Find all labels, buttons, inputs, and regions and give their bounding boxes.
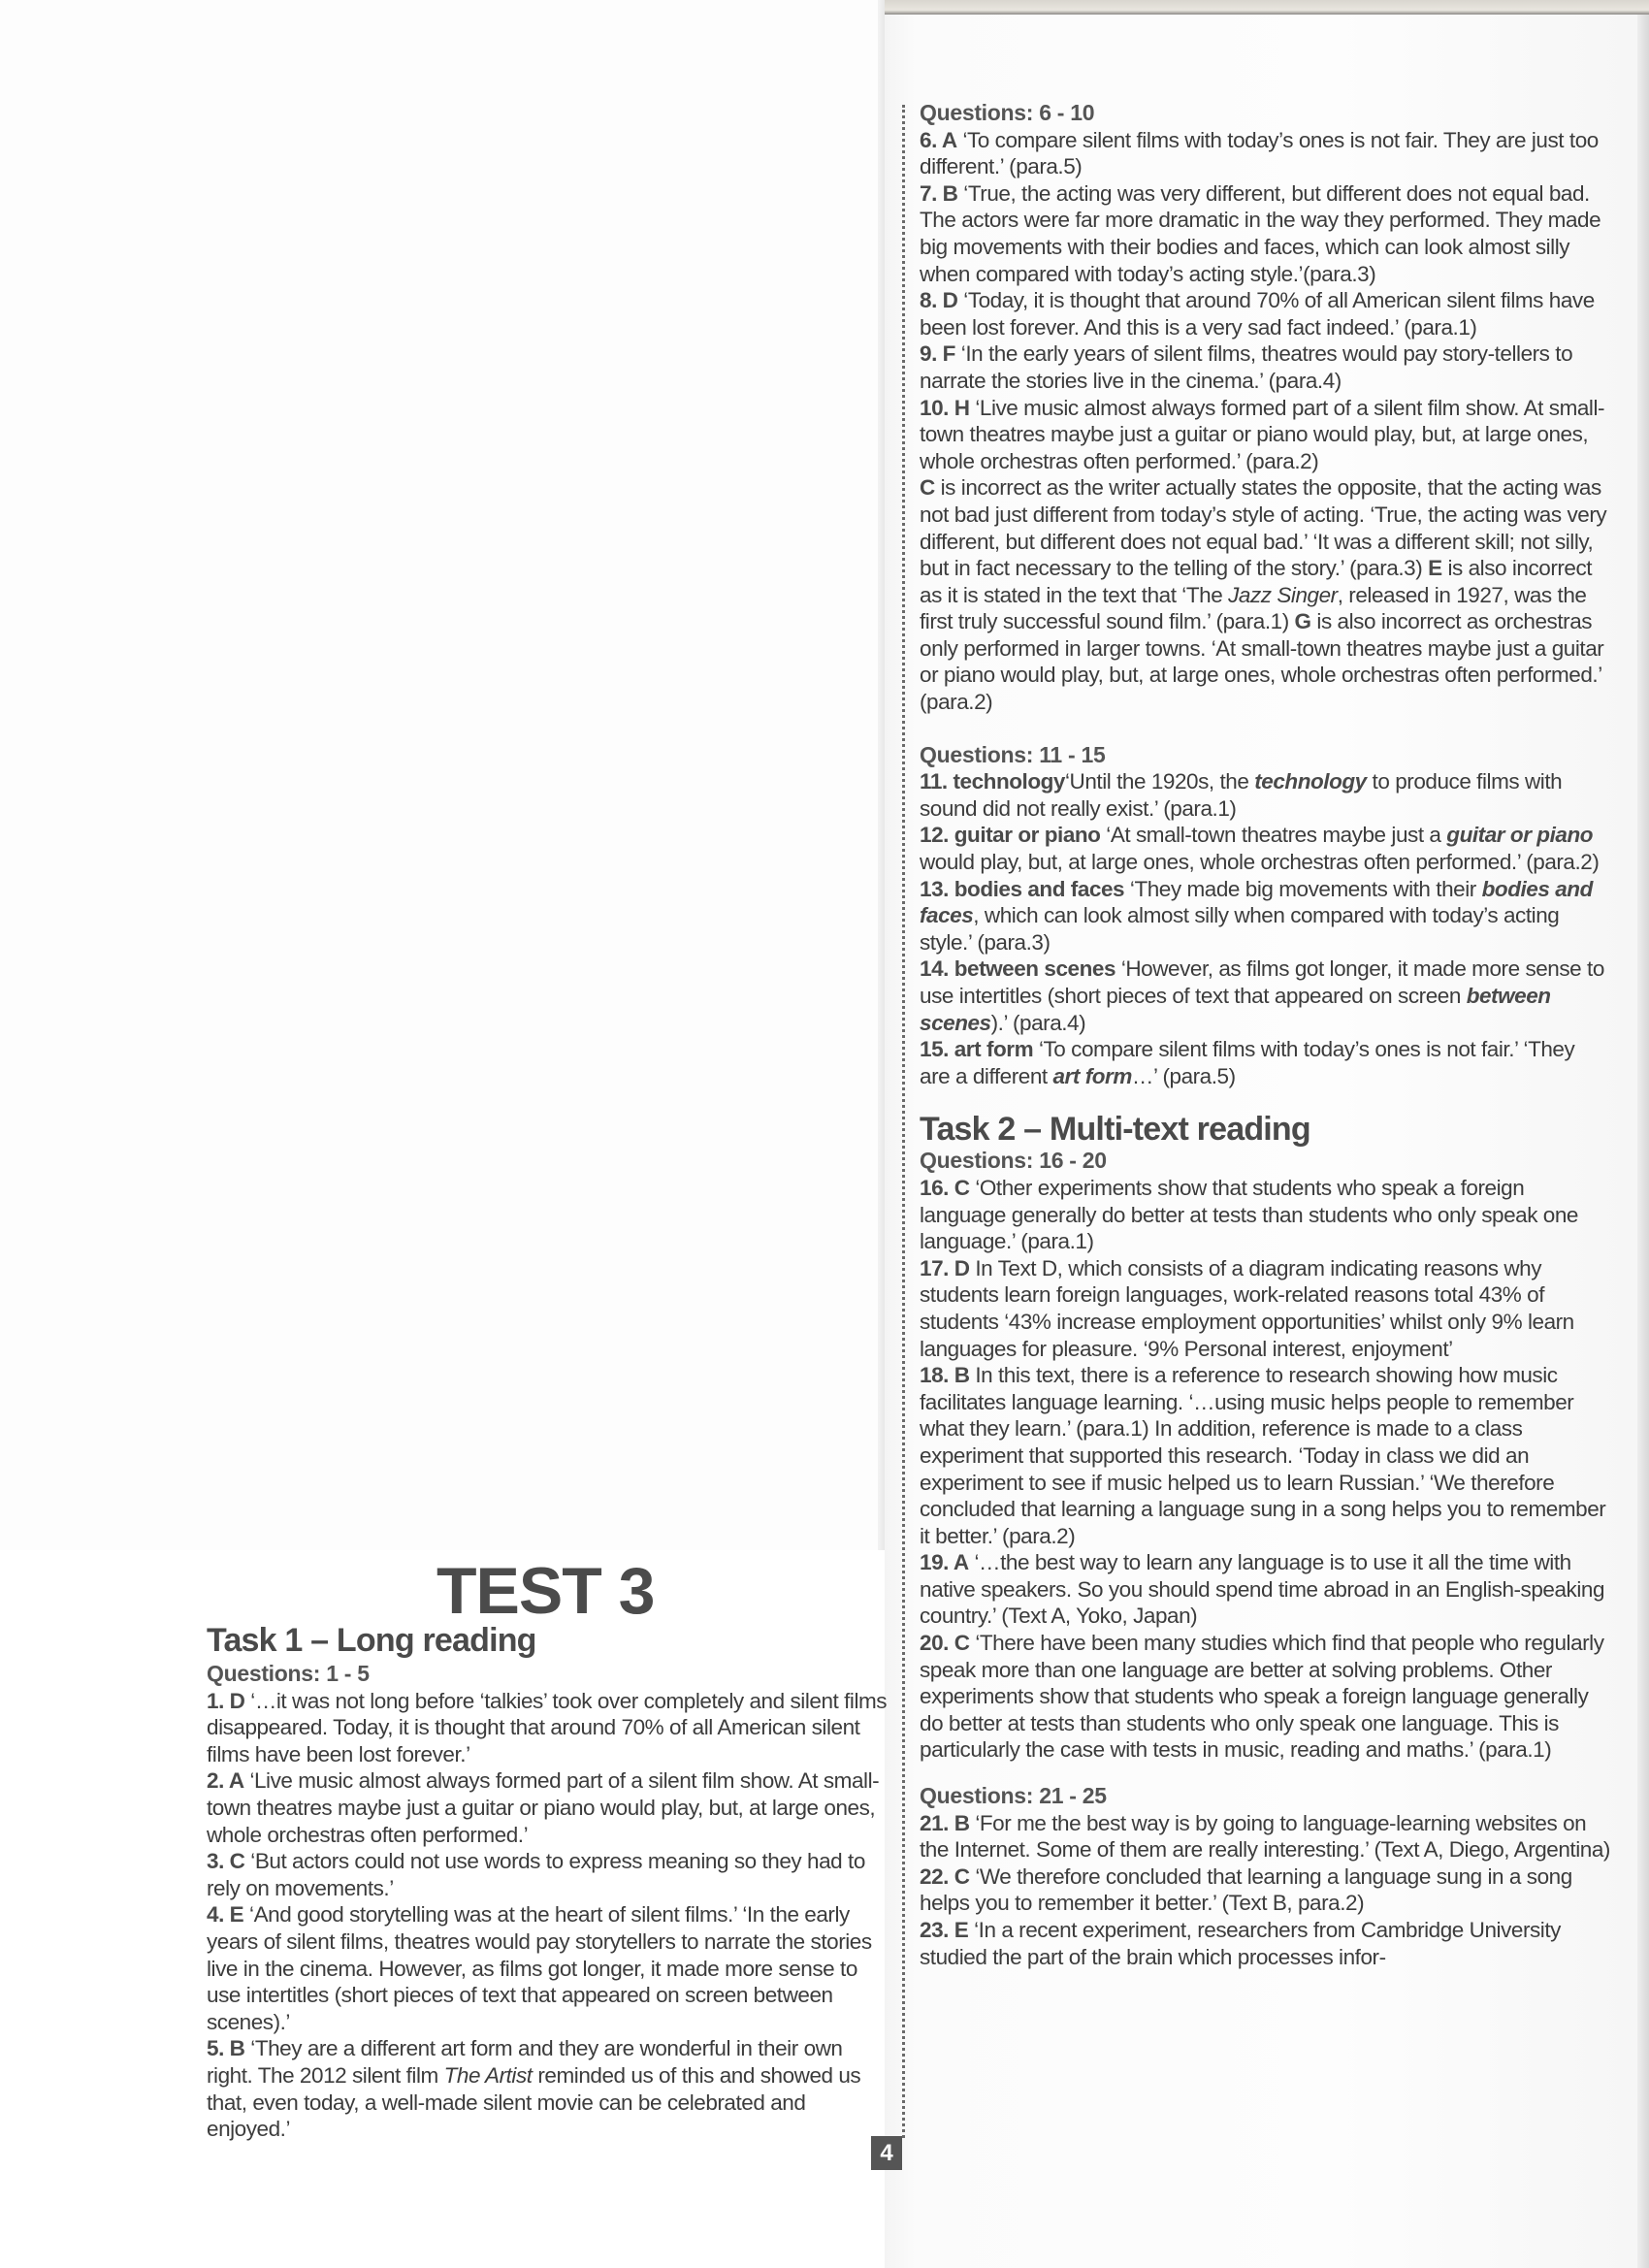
answer-21: 21. B ‘For me the best way is by going t… — [920, 1810, 1610, 1863]
answer-6-10-explanation: C is incorrect as the writer actually st… — [920, 474, 1610, 715]
answer-17: 17. D In Text D, which consists of a dia… — [920, 1255, 1610, 1362]
left-page-blank-area — [0, 0, 885, 1550]
answer-10: 10. H ‘Live music almost always formed p… — [920, 395, 1610, 475]
task2-title: Task 2 – Multi-text reading — [920, 1111, 1610, 1148]
left-column: Questions: 1 - 5 1. D ‘…it was not long … — [207, 1661, 890, 2143]
answer-5: 5. B ‘They are a different art form and … — [207, 2035, 890, 2142]
answer-16: 16. C ‘Other experiments show that stude… — [920, 1175, 1610, 1255]
questions-6-10-heading: Questions: 6 - 10 — [920, 100, 1610, 127]
questions-16-20-heading: Questions: 16 - 20 — [920, 1148, 1610, 1175]
questions-21-25-heading: Questions: 21 - 25 — [920, 1783, 1610, 1810]
section-gap — [920, 716, 1610, 742]
answer-13: 13. bodies and faces ‘They made big move… — [920, 876, 1610, 956]
answer-9: 9. F ‘In the early years of silent films… — [920, 340, 1610, 394]
answer-11: 11. technology‘Until the 1920s, the tech… — [920, 768, 1610, 822]
answer-20: 20. C ‘There have been many studies whic… — [920, 1630, 1610, 1764]
answer-12: 12. guitar or piano ‘At small-town theat… — [920, 822, 1610, 875]
answer-19: 19. A ‘…the best way to learn any langua… — [920, 1549, 1610, 1630]
answer-4: 4. E ‘And good storytelling was at the h… — [207, 1901, 890, 2035]
answer-23: 23. E ‘In a recent experiment, researche… — [920, 1917, 1610, 1970]
section-gap — [920, 1089, 1610, 1111]
answer-15: 15. art form ‘To compare silent films wi… — [920, 1036, 1610, 1089]
test-title: TEST 3 — [436, 1557, 655, 1625]
answer-1: 1. D ‘…it was not long before ‘talkies’ … — [207, 1688, 890, 1768]
answer-6: 6. A ‘To compare silent films with today… — [920, 127, 1610, 180]
right-column: Questions: 6 - 10 6. A ‘To compare silen… — [920, 100, 1610, 1970]
questions-1-5-heading: Questions: 1 - 5 — [207, 1661, 890, 1688]
right-edge-shadow — [1637, 15, 1649, 2268]
answer-3: 3. C ‘But actors could not use words to … — [207, 1848, 890, 1901]
questions-11-15-heading: Questions: 11 - 15 — [920, 742, 1610, 769]
answer-8: 8. D ‘Today, it is thought that around 7… — [920, 287, 1610, 340]
page-number: 4 — [871, 2136, 902, 2170]
answer-2: 2. A ‘Live music almost always formed pa… — [207, 1767, 890, 1848]
answer-22: 22. C ‘We therefore concluded that learn… — [920, 1863, 1610, 1917]
answer-18: 18. B In this text, there is a reference… — [920, 1362, 1610, 1549]
answer-7: 7. B ‘True, the acting was very differen… — [920, 180, 1610, 287]
task1-title: Task 1 – Long reading — [207, 1622, 536, 1659]
dotted-column-rule — [902, 105, 905, 2138]
top-edge-band — [885, 0, 1649, 15]
answer-14: 14. between scenes ‘However, as films go… — [920, 956, 1610, 1036]
section-gap — [920, 1764, 1610, 1783]
